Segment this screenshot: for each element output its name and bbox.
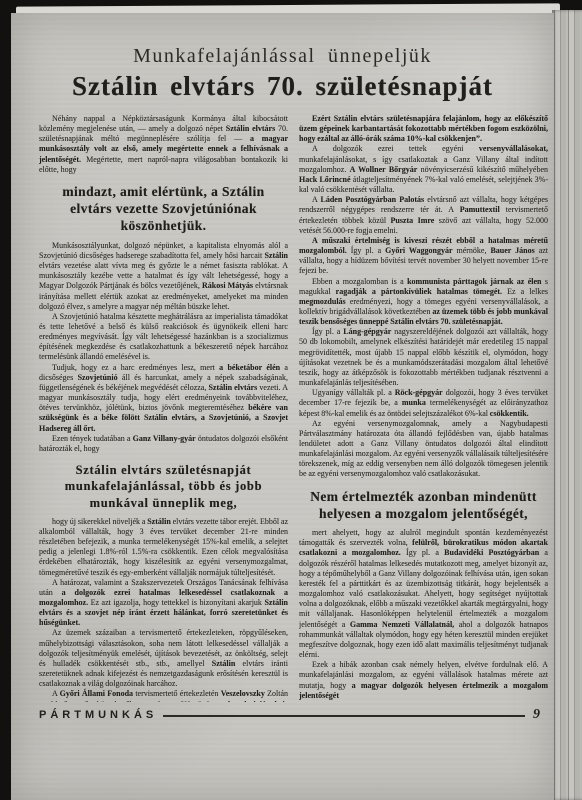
paragraph: Ezek a hibák azonban csak némely helyen,… xyxy=(299,660,548,701)
page-number: 9 xyxy=(533,707,540,723)
paragraph: mert ahelyett, hogy az alulról megindult… xyxy=(299,528,548,660)
paragraph: Így pl. a Láng-gépgyár nagyszereldéjének… xyxy=(299,327,548,388)
paragraph: A Szovjetúnió hatalma késztette meghátrá… xyxy=(39,312,288,363)
paragraph: A Láden Posztógyárban Palotás elvtársnő … xyxy=(299,195,548,236)
page-footer: PÁRTMUNKÁS 9 xyxy=(39,707,540,723)
paragraph: Tudjuk, hogy ez a harc eredményes lesz, … xyxy=(39,363,288,434)
paragraph: A műszaki értelmiség is kiveszi részét e… xyxy=(299,236,548,277)
paragraph: Ugyanígy vállalták pl. a Röck-gépgyár do… xyxy=(299,388,548,418)
paragraph: A határozat, valamint a Szakszervezetek … xyxy=(39,578,288,629)
article-title: Sztálin elvtárs 70. születésnapját xyxy=(11,71,554,102)
paragraph: hogy új sikerekkel növeljék a Sztálin el… xyxy=(39,517,288,578)
paragraph: Ezért Sztálin elvtárs születésnapjára fe… xyxy=(299,114,548,144)
paragraph: Néhány nappal a Népköztársaságunk Kormán… xyxy=(39,114,288,175)
left-column: Néhány nappal a Népköztársaságunk Kormán… xyxy=(39,114,288,702)
magazine-name: PÁRTMUNKÁS xyxy=(39,709,157,721)
paragraph: Az egyéni versenymozgalomnak, amely a Na… xyxy=(299,419,548,480)
article-kicker: Munkafelajánlással ünnepeljük xyxy=(11,45,554,68)
section-heading: Sztálin elvtárs születésnapját munkafela… xyxy=(45,462,282,511)
paragraph: Munkásosztályunkat, dolgozó népünket, a … xyxy=(39,241,288,312)
section-heading: mindazt, amit elértünk, a Sztálin elvtár… xyxy=(41,183,286,235)
section-heading: Nem értelmezték azonban mindenütt helyes… xyxy=(301,488,546,523)
article-body: Néhány nappal a Népköztársaságunk Kormán… xyxy=(11,102,554,702)
paragraph: A dolgozók ezrei tettek egyéni versenyvá… xyxy=(299,144,548,195)
article-header: Munkafelajánlással ünnepeljük Sztálin el… xyxy=(11,13,554,102)
paragraph: A Győri Állami Fonoda tervismertető érte… xyxy=(39,689,288,702)
magazine-page: Munkafelajánlással ünnepeljük Sztálin el… xyxy=(11,13,554,800)
right-column: Ezért Sztálin elvtárs születésnapjára fe… xyxy=(299,114,548,702)
paragraph: Ezen tények tudatában a Ganz Villany-gyá… xyxy=(39,434,288,454)
page-stack-edge xyxy=(552,10,582,800)
paragraph: Az üzemek százaiban a tervismertető érte… xyxy=(39,628,288,689)
footer-rule xyxy=(163,715,525,717)
paragraph: Ebben a mozgalomban is a kommunista párt… xyxy=(299,277,548,328)
